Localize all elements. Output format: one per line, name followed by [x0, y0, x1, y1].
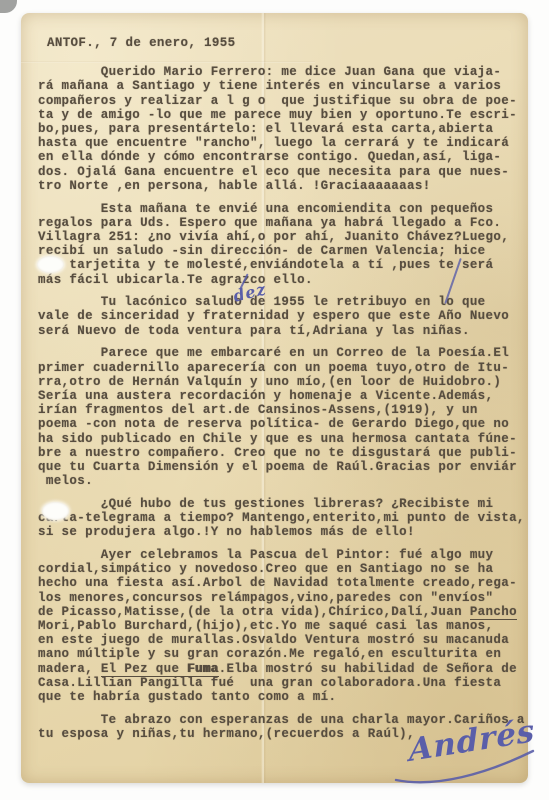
letter-line: los menores,concursos relámpagos,vino,pa… — [38, 591, 534, 605]
letter-line: Casa.Lillian Pangilla fué una gran colab… — [38, 676, 534, 690]
letter-line: cordial,simpático y novedoso.Creo que en… — [38, 562, 534, 576]
letter-line: Mori,Pablo Burchard,(hijo),etc.Yo me saq… — [38, 619, 534, 633]
letter-line: carta-telegrama a tiempo? Mantengo,enter… — [38, 511, 534, 525]
letter-line: regalos para Uds. Espero que mañana ya h… — [38, 216, 534, 230]
signature-block: Andrés — [388, 720, 540, 790]
letter-line: recibí un saludo -sin dirección- de Carm… — [38, 244, 534, 258]
letter-line: madera, El Pez que Fuma.Elba mostró su h… — [38, 662, 534, 676]
letter-line: bo,pues, para presentártelo: el llevará … — [38, 122, 534, 136]
letter-line: compañeros y realizar a l g o que justif… — [38, 94, 534, 108]
letter-line: ¿Qué hubo de tus gestiones libreras? ¿Re… — [38, 497, 534, 511]
letter-line: Tu lacónico saludo de 1955 le retribuyo … — [38, 295, 534, 309]
paper-hole-top — [37, 256, 64, 273]
letter-line: irían fragmentos del art.de Cansinos-Ass… — [38, 403, 534, 417]
letter-line: bre a nuestro compañero. Creo que no te … — [38, 446, 534, 460]
letter-line: rá mañana a Santiago y tiene interés en … — [38, 79, 534, 93]
letter-line: que tu Cuarta Dimensión y el poema de Ra… — [38, 460, 534, 474]
letter-line: tro Norte ,en persona, hable allá. !Grac… — [38, 179, 534, 193]
paragraph: ¿Qué hubo de tus gestiones libreras? ¿Re… — [38, 497, 534, 540]
letter-line: en ella dónde y cómo encontrarse contigo… — [38, 150, 534, 164]
scan-corner-smudge — [0, 0, 17, 13]
paragraph: Ayer celebramos la Pascua del Pintor: fu… — [38, 548, 534, 704]
letter-line: Parece que me embarcaré en un Correo de … — [38, 346, 534, 360]
letter-line: Querido Mario Ferrero: me dice Juan Gana… — [38, 65, 534, 79]
paragraph: Tu lacónico saludo de 1955 le retribuyo … — [38, 295, 534, 338]
letter-line: hecho una fiesta así.Arbol de Navidad to… — [38, 576, 534, 590]
letter-line: rra,otro de Hernán Valquín y uno mío,(en… — [38, 375, 534, 389]
letter-line: Villagra 251: ¿no vivía ahí,o por ahí, J… — [38, 230, 534, 244]
date-line: ANTOF., 7 de enero, 1955 — [38, 36, 534, 50]
letter-line: Ayer celebramos la Pascua del Pintor: fu… — [38, 548, 534, 562]
scanned-letter-screen: ANTOF., 7 de enero, 1955 Querido Mario F… — [0, 0, 549, 800]
paragraph: Querido Mario Ferrero: me dice Juan Gana… — [38, 65, 534, 193]
letter-line: mano múltiple y su gran corazón.Me regal… — [38, 647, 534, 661]
letter-line: ta y de amigo -lo que me parece muy bien… — [38, 108, 534, 122]
letter-line: melos. — [38, 474, 534, 488]
paragraph: Parece que me embarcaré en un Correo de … — [38, 346, 534, 488]
paper-hole-bottom — [42, 502, 69, 520]
letter-line: en este juego de murallas.Osvaldo Ventur… — [38, 633, 534, 647]
paragraph: Esta mañana te envié una encomiendita co… — [38, 202, 534, 287]
letter-line: de Picasso,Matisse,(de la otra vida),Chí… — [38, 605, 534, 619]
letter-line: que te habría gustado tanto como a mí. — [38, 690, 534, 704]
letter-line: si se produjera algo.!Y no hablemos más … — [38, 525, 534, 539]
letter-line: poema -con nota de reserva política- de … — [38, 417, 534, 431]
letter-line: Esta mañana te envié una encomiendita co… — [38, 202, 534, 216]
letter-body: ANTOF., 7 de enero, 1955 Querido Mario F… — [38, 36, 534, 750]
letter-line: vale de sinceridad y fraternidad y esper… — [38, 309, 534, 323]
letter-line: hasta que encuentre "rancho", luego la c… — [38, 136, 534, 150]
letter-line: ha sido publicado en Chile y que es una … — [38, 432, 534, 446]
letter-line: primer cuadernillo aparecería con un poe… — [38, 361, 534, 375]
letter-line: más fácil ubicarla.Te agrazco ello. — [38, 273, 534, 287]
letter-line: Sería una austera recordación y homenaje… — [38, 389, 534, 403]
letter-line: dos. Ojalá Gana encuentre el eco que nec… — [38, 165, 534, 179]
letter-line: será Nuevo de toda ventura para tí,Adria… — [38, 324, 534, 338]
